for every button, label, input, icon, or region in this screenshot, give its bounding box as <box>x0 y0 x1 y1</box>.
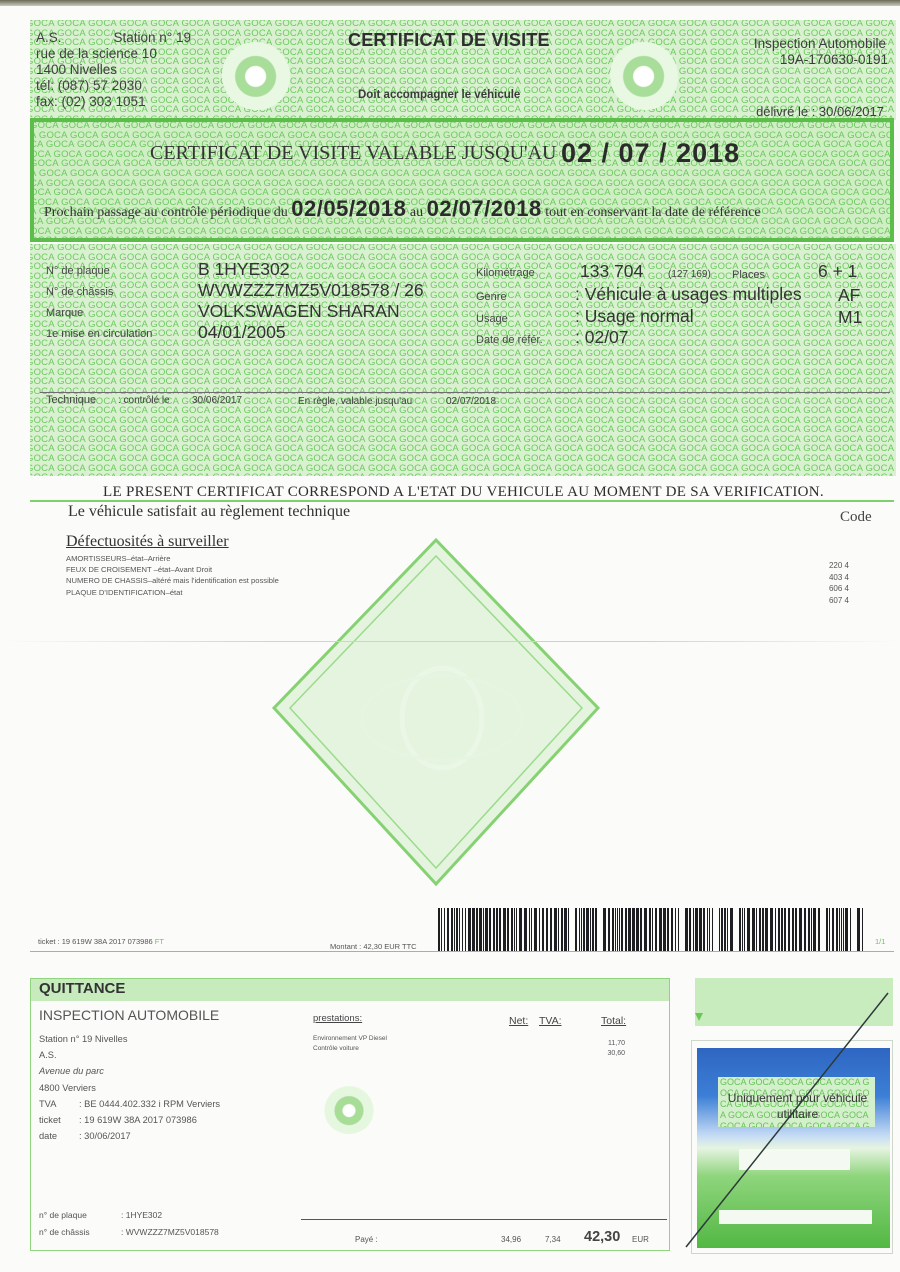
brand-value: VOLKSWAGEN SHARAN <box>198 301 400 322</box>
document-subtitle: Doit accompagner le véhicule <box>358 89 520 101</box>
inspection-body: Inspection Automobile <box>754 36 886 51</box>
places-value: 6 + 1 <box>818 261 857 282</box>
previous-mileage: (127 169) <box>668 269 711 280</box>
chassis-label: N° de châssis <box>46 286 113 298</box>
service-total: 30,60 <box>565 1049 625 1059</box>
chassis-value: WVWZZZ7MZ5V018578 / 26 <box>198 280 424 301</box>
code-header: Code <box>840 509 872 526</box>
receipt-date-value: : 30/06/2017 <box>79 1131 131 1141</box>
defect-item: FEUX DE CROISEMENT –état–Avant Droit <box>66 564 279 575</box>
station-fax: fax: (02) 303 1051 <box>36 94 191 110</box>
station-address: A.S.Station n° 19 rue de la science 10 1… <box>36 30 191 110</box>
next-inspection-mid: au <box>410 205 423 220</box>
verdict: Le véhicule satisfait au règlement techn… <box>68 503 350 521</box>
usage-code: M1 <box>838 307 862 328</box>
defect-code: 606 4 <box>829 583 849 595</box>
mileage-label: Kilométrage <box>476 267 535 279</box>
paper-fold <box>0 641 900 642</box>
genre-value: : Véhicule à usages multiples <box>575 284 802 305</box>
services-totals: 11,7030,60 <box>565 1039 625 1060</box>
places-label: Places <box>732 269 765 281</box>
ticket-suffix: FT <box>155 937 164 946</box>
brand-label: Marque <box>46 307 83 319</box>
eye-logo-icon <box>610 40 680 110</box>
net-header: Net: <box>509 1015 528 1027</box>
defect-code: 607 4 <box>829 595 849 607</box>
paid-vat: 7,34 <box>545 1235 561 1244</box>
receipt-plate-value: : 1HYE302 <box>121 1210 162 1220</box>
technical-checked-date: 30/06/2017 <box>192 395 242 406</box>
eye-logo-icon <box>323 1082 375 1134</box>
page-number: 1/1 <box>875 937 885 946</box>
mileage-value: 133 704 <box>580 261 643 282</box>
validity-date: 02 / 07 / 2018 <box>561 138 740 169</box>
receipt-ticket-value: : 19 619W 38A 2017 073986 <box>79 1115 197 1125</box>
reference-date-label: Date de référ. <box>476 334 543 346</box>
security-pattern-vehicle: GOCA GOCA GOCA GOCA GOCA GOCA GOCA GOCA … <box>30 244 896 476</box>
validity-box <box>30 118 894 242</box>
technical-checked-label: : contrôlé le <box>118 395 170 406</box>
technical-label: Technique <box>46 394 96 406</box>
defect-item: PLAQUE D'IDENTIFICATION–état <box>66 587 279 598</box>
service-item: Contrôle voiture <box>313 1044 387 1054</box>
receipt-city: 4800 Verviers <box>39 1080 220 1096</box>
document-title: CERTIFICAT DE VISITE <box>348 30 550 51</box>
technical-status: En règle, valable jusqu'au <box>298 396 412 407</box>
defect-code: 220 4 <box>829 560 849 572</box>
total-header: Total: <box>601 1015 626 1027</box>
next-inspection-to: 02/07/2018 <box>427 196 542 221</box>
scan-edge <box>0 0 900 6</box>
watermark-diamond-icon <box>272 538 600 886</box>
defect-code: 403 4 <box>829 572 849 584</box>
statement-underline <box>30 500 894 502</box>
inspection-certificate: GOCA GOCA GOCA GOCA GOCA GOCA GOCA GOCA … <box>0 0 900 1272</box>
technical-valid-until: 02/07/2018 <box>446 396 496 407</box>
amount: Montant : 42,30 EUR TTC <box>330 942 417 951</box>
vat-value: : BE 0444.402.332 i RPM Verviers <box>79 1099 220 1109</box>
usage-value: : Usage normal <box>575 306 694 327</box>
defect-item: AMORTISSEURS–état–Arrière <box>66 553 279 564</box>
paid-net: 34,96 <box>501 1235 521 1244</box>
paid-label: Payé : <box>355 1235 378 1244</box>
station-number: Station n° 19 <box>114 30 191 45</box>
receipt-address: Station n° 19 Nivelles A.S. Avenue du pa… <box>39 1031 220 1144</box>
paid-currency: EUR <box>632 1235 649 1244</box>
services-list: Environnement VP DieselContrôle voiture <box>313 1034 387 1054</box>
totals-rule <box>301 1219 667 1220</box>
usage-label: Usage <box>476 313 508 325</box>
first-registration-label: 1e mise en circulation <box>46 328 152 340</box>
technical-rule <box>40 392 890 393</box>
validity-label: CERTIFICAT DE VISITE VALABLE JUSQU'AU : <box>150 142 567 165</box>
receipt-street: Avenue du parc <box>39 1063 220 1079</box>
next-inspection: Prochain passage au contrôle périodique … <box>44 196 761 222</box>
genre-label: Genre <box>476 291 507 303</box>
receipt-station: Station n° 19 Nivelles <box>39 1031 220 1047</box>
defect-item: NUMERO DE CHASSIS–altéré mais l'identifi… <box>66 575 279 586</box>
operator-name: A.S. <box>36 30 62 45</box>
plate-label: N° de plaque <box>46 265 110 277</box>
strike-through-line <box>680 985 900 1255</box>
receipt-header <box>31 979 669 1001</box>
receipt-plate-label: n° de plaque <box>39 1207 121 1224</box>
next-inspection-from: 02/05/2018 <box>291 196 406 221</box>
receipt-chassis-value: : WVWZZZ7MZ5V018578 <box>121 1227 219 1237</box>
ticket-text: ticket : 19 619W 38A 2017 073986 <box>38 937 153 946</box>
next-inspection-suffix: tout en conservant la date de référence <box>545 205 760 220</box>
first-registration-value: 04/01/2005 <box>198 322 286 343</box>
defect-codes: 220 4403 4606 4607 4 <box>829 560 849 606</box>
station-phone: tél: (087) 57 2030 <box>36 78 191 94</box>
vat-label: TVA <box>39 1096 79 1112</box>
receipt-vehicle: n° de plaque: 1HYE302 n° de châssis: WVW… <box>39 1207 219 1240</box>
receipt-title: QUITTANCE <box>39 980 125 997</box>
receipt-chassis-label: n° de châssis <box>39 1224 121 1241</box>
reference-date-value: : 02/07 <box>575 327 629 348</box>
station-city: 1400 Nivelles <box>36 62 191 78</box>
receipt-ticket-label: ticket <box>39 1112 79 1128</box>
certificate-number: 19A-170630-0191 <box>780 52 888 67</box>
genre-code: AF <box>838 285 860 306</box>
defects-header: Défectuosités à surveiller <box>66 533 229 551</box>
defects-list: AMORTISSEURS–état–ArrièreFEUX DE CROISEM… <box>66 553 279 598</box>
issue-date: délivré le : 30/06/2017 <box>756 104 884 119</box>
paid-total: 42,30 <box>584 1229 620 1245</box>
service-item: Environnement VP Diesel <box>313 1034 387 1044</box>
service-total: 11,70 <box>565 1039 625 1049</box>
certificate-statement: LE PRESENT CERTIFICAT CORRESPOND A L'ETA… <box>103 484 824 501</box>
vat-header: TVA: <box>539 1015 562 1027</box>
barcode-icon <box>438 908 863 952</box>
eye-logo-icon <box>222 40 292 110</box>
ticket-reference: ticket : 19 619W 38A 2017 073986 FT <box>38 937 164 946</box>
services-header: prestations: <box>313 1013 362 1024</box>
receipt-operator: A.S. <box>39 1047 220 1063</box>
footer-rule <box>30 951 894 952</box>
receipt-date-label: date <box>39 1128 79 1144</box>
station-street: rue de la science 10 <box>36 46 191 62</box>
receipt-company: INSPECTION AUTOMOBILE <box>39 1007 219 1023</box>
next-inspection-prefix: Prochain passage au contrôle périodique … <box>44 205 288 220</box>
receipt: QUITTANCE INSPECTION AUTOMOBILE Station … <box>30 978 670 1251</box>
plate-value: B 1HYE302 <box>198 259 289 280</box>
